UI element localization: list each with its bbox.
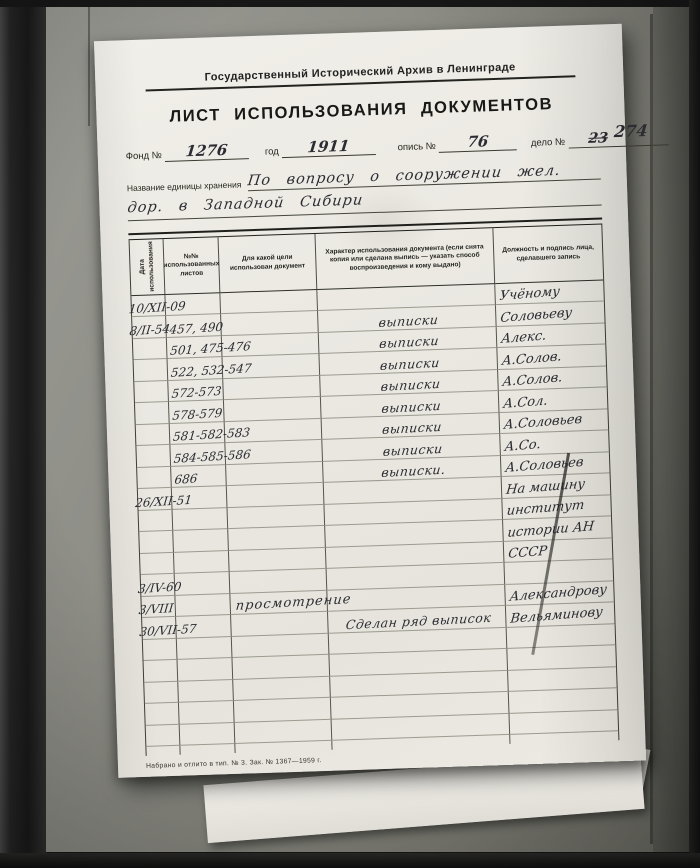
photo-of-archive-folder: Государственный Исторический Архив в Лен… (0, 0, 700, 868)
handwritten-entry: выписки (381, 419, 442, 437)
cell-sheets (175, 594, 231, 617)
cell-date (146, 724, 181, 747)
cell-sheets: 686 (171, 465, 227, 488)
header-cell-purpose: Для какой цели использован документ (219, 234, 318, 293)
delo-value-line: 23274 (568, 125, 669, 148)
cell-date (136, 445, 171, 468)
usage-form-sheet: Государственный Исторический Архив в Лен… (94, 24, 646, 778)
fond-value: 1276 (185, 141, 229, 160)
opis-label: опись № (397, 141, 436, 154)
unit-title-line2: дор. в Западной Сибири (127, 192, 365, 216)
header-cell-usage: Характер использования документа (если с… (315, 228, 495, 290)
handwritten-entry: 3/IV-60 (137, 579, 182, 596)
cell-date (145, 703, 180, 726)
opis-value: 76 (466, 132, 489, 151)
handwritten-entry: Учёному (499, 284, 561, 304)
cell-date (140, 552, 175, 575)
handwritten-entry: выписки (380, 397, 441, 415)
handwritten-entry: выписки (378, 333, 439, 351)
cell-sheets: 584-585-586 (170, 443, 226, 466)
cell-sheets: 457, 490 (166, 314, 222, 337)
handwritten-entry: А.Сол. (502, 393, 548, 411)
year-label: год (265, 146, 279, 158)
cell-purpose (235, 719, 333, 744)
year-value-line: 1911 (281, 136, 376, 158)
handwritten-entry: 30/VII-57 (139, 621, 197, 638)
cell-sheets: 522, 532-547 (168, 357, 224, 380)
cell-date: 8/II-54 (132, 316, 167, 339)
handwritten-entry: выписки (377, 311, 438, 329)
handwritten-entry: 457, 490 (169, 319, 224, 336)
handwritten-entry: Соловьеву (500, 305, 573, 326)
cell-date: 3/VIII (141, 595, 176, 618)
cell-date (139, 509, 174, 532)
handwritten-entry: 8/II-54 (129, 321, 171, 337)
year-value: 1911 (307, 137, 351, 156)
cell-sheets: 581-582-583 (170, 422, 226, 445)
handwritten-entry: институт (506, 498, 585, 519)
board-seam (88, 6, 90, 126)
field-fond: Фонд № 1276 (125, 140, 249, 163)
handwritten-entry: 3/VIII (138, 601, 174, 617)
field-opis: опись № 76 (397, 131, 531, 154)
handwritten-entry: выписки (379, 354, 440, 372)
cell-date (134, 359, 169, 382)
table-body: 10/XII-09Учёному8/II-54457, 490выпискиСо… (130, 280, 619, 747)
cell-sheets (178, 679, 234, 702)
delo-struck-value: 23 (588, 130, 609, 147)
handwritten-entry: А.Солов. (501, 349, 562, 369)
cell-sheets (175, 572, 231, 595)
header-cell-sheets: №№ использованных листов (164, 237, 221, 295)
handwritten-entry: Вельяминову (510, 604, 604, 626)
cell-date: 26/XII-51 (138, 488, 173, 511)
cell-sheets (177, 637, 233, 660)
field-year: год 1911 (264, 135, 397, 158)
handwritten-entry: СССР (507, 544, 547, 562)
cell-sheets (173, 529, 229, 552)
cell-date (137, 466, 172, 489)
cell-signature (509, 710, 618, 735)
form-content: Государственный Исторический Архив в Лен… (123, 55, 620, 767)
cell-sheets (173, 508, 229, 531)
fond-value-line: 1276 (165, 140, 250, 162)
cell-date (139, 531, 174, 554)
cell-date (135, 402, 170, 425)
cell-sheets: 501, 475-476 (167, 336, 223, 359)
cell-date (144, 660, 179, 683)
photo-top-edge (0, 0, 700, 7)
handwritten-entry: Александрову (509, 582, 608, 604)
cell-date: 10/XII-09 (131, 295, 166, 318)
delo-label: дело № (531, 137, 566, 150)
unit-title-line1: По вопросу о сооружении жел. (246, 163, 561, 189)
cell-sheets: 578-579 (169, 400, 225, 423)
handwritten-entry: выписки (382, 440, 443, 458)
unit-label: Название единицы хранения (127, 179, 242, 195)
cell-sheets (180, 722, 236, 745)
cell-date (143, 638, 178, 661)
handwritten-entry: выписки. (380, 462, 446, 480)
cell-sheets (178, 658, 234, 681)
photo-right-edge (689, 0, 700, 868)
handwritten-entry: 26/XII-51 (135, 492, 193, 509)
header-cell-date: Дата использования (130, 239, 166, 296)
handwritten-entry: А.Соловьев (505, 455, 585, 476)
registration-fields: Фонд № 1276 год 1911 опись № 76 дело № 2… (125, 128, 599, 164)
handwritten-entry: А.Солов. (502, 370, 563, 390)
cell-date: 30/VII-57 (142, 617, 177, 640)
handwritten-entry: На машину (505, 476, 585, 497)
handwritten-entry: 686 (174, 471, 198, 486)
opis-value-line: 76 (438, 131, 517, 153)
cell-sheets (174, 551, 230, 574)
header-cell-signature: Должность и подпись лица, сделавшего зап… (493, 224, 603, 284)
handwritten-entry: Алекс. (500, 328, 547, 347)
handwritten-entry: 572-573 (171, 384, 222, 401)
handwritten-entry: истории АН (507, 519, 595, 541)
cell-date (136, 423, 171, 446)
handwritten-entry: А.Со. (504, 437, 542, 455)
cell-sheets: 572-573 (168, 379, 224, 402)
fond-label: Фонд № (126, 150, 163, 163)
delo-value: 274 (613, 121, 648, 141)
photo-left-edge (0, 0, 46, 868)
handwritten-entry: выписки (380, 376, 441, 394)
handwritten-entry: А.Соловьев (503, 412, 583, 433)
cell-sheets (179, 701, 235, 724)
photo-bottom-edge (0, 853, 700, 868)
handwritten-entry: 578-579 (172, 405, 223, 422)
form-title: ЛИСТ ИСПОЛЬЗОВАНИЯ ДОКУМЕНТОВ (124, 94, 598, 129)
cell-date (133, 337, 168, 360)
cell-date: 3/IV-60 (141, 574, 176, 597)
cell-date (134, 380, 169, 403)
archive-name: Государственный Исторический Архив в Лен… (145, 59, 575, 91)
cell-date (144, 681, 179, 704)
